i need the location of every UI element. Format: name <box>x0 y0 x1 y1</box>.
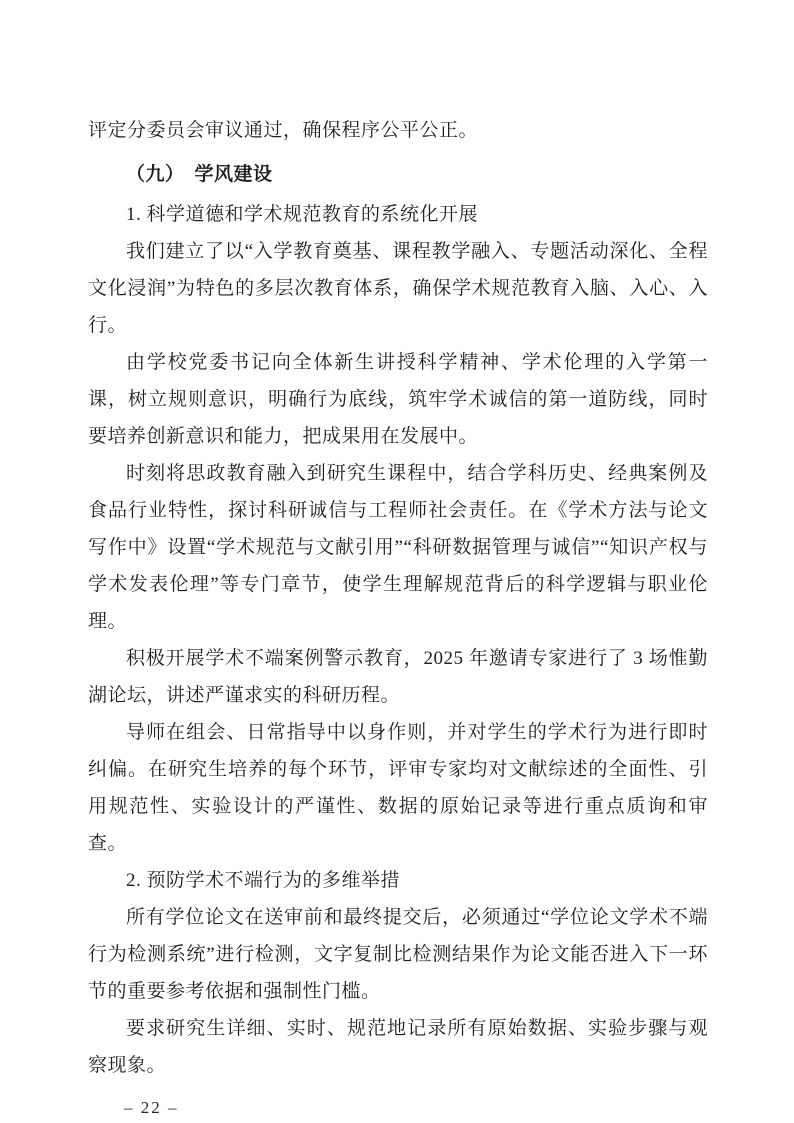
document-body: 评定分委员会审议通过，确保程序公平公正。 （九） 学风建设 1. 科学道德和学术… <box>88 112 708 1123</box>
paragraph: 所有学位论文在送审前和最终提交后，必须通过“学位论文学术不端行为检测系统”进行检… <box>88 899 708 1010</box>
paragraph: 要求研究生详细、实时、规范地记录所有原始数据、实验步骤与观察现象。 <box>88 1010 708 1084</box>
paragraph: 导师在组会、日常指导中以身作则，并对学生的学术行为进行即时纠偏。在研究生培养的每… <box>88 714 708 862</box>
paragraph: 我们建立了以“入学教育奠基、课程教学融入、专题活动深化、全程文化浸润”为特色的多… <box>88 233 708 344</box>
subheading-1: 1. 科学道德和学术规范教育的系统化开展 <box>88 196 708 233</box>
paragraph: 积极开展学术不端案例警示教育，2025 年邀请专家进行了 3 场惟勤湖论坛，讲述… <box>88 640 708 714</box>
subheading-2: 2. 预防学术不端行为的多维举措 <box>88 862 708 899</box>
section-heading: （九） 学风建设 <box>88 156 708 193</box>
page-number: – 22 – <box>88 1089 708 1123</box>
paragraph: 时刻将思政教育融入到研究生课程中，结合学科历史、经典案例及食品行业特性，探讨科研… <box>88 455 708 640</box>
paragraph-continuation: 评定分委员会审议通过，确保程序公平公正。 <box>88 112 708 149</box>
paragraph: 由学校党委书记向全体新生讲授科学精神、学术伦理的入学第一课，树立规则意识，明确行… <box>88 344 708 455</box>
document-page: 评定分委员会审议通过，确保程序公平公正。 （九） 学风建设 1. 科学道德和学术… <box>0 0 794 1123</box>
